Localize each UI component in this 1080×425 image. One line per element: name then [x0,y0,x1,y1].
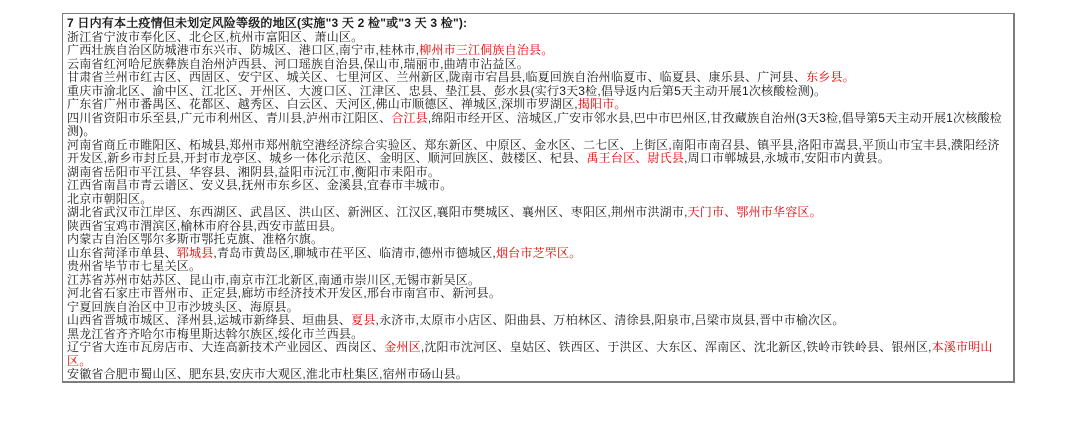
region-line: 天津市红桥区。 [67,382,1009,384]
flagged-region-text: 禹王台区、尉氏县 [586,151,684,165]
flagged-region-text: 夏县 [351,313,375,327]
region-line: 北京市朝阳区。 [67,193,1009,207]
region-text: 重庆市渝北区、渝中区、江北区、开州区、大渡口区、江津区、忠县、垫江县、彭水县(实… [67,84,826,98]
region-line: 江苏省苏州市姑苏区、昆山市,南京市江北新区,南通市崇川区,无锡市新吴区。 [67,274,1009,288]
region-text: ,沈阳市沈河区、皇姑区、铁西区、于洪区、大东区、浑南区、沈北新区,铁岭市铁岭县、… [421,340,932,354]
region-text: 安徽省合肥市蜀山区、肥东县,安庆市大观区,淮北市杜集区,宿州市砀山县。 [67,367,468,381]
flagged-region-text: 烟台市芝罘区。 [496,246,581,260]
text-frame: 7 日内有本土疫情但未划定风险等级的地区(实施"3 天 2 检"或"3 天 3 … [62,13,1015,383]
document-page: 7 日内有本土疫情但未划定风险等级的地区(实施"3 天 2 检"或"3 天 3 … [0,0,1080,425]
region-line: 山东省菏泽市单县、郓城县,青岛市黄岛区,聊城市茌平区、临清市,德州市德城区,烟台… [67,247,1009,261]
region-line: 重庆市渝北区、渝中区、江北区、开州区、大渡口区、江津区、忠县、垫江县、彭水县(实… [67,85,1009,99]
region-line: 广西壮族自治区防城港市东兴市、防城区、港口区,南宁市,桂林市,柳州市三江侗族自治… [67,44,1009,58]
region-text: 甘肃省兰州市红古区、西固区、安宁区、城关区、七里河区、兰州新区,陇南市宕昌县,临… [67,70,806,84]
region-line: 贵州省毕节市七星关区。 [67,260,1009,274]
flagged-region-text: 揭阳市。 [578,97,627,111]
region-text: 云南省红河哈尼族彝族自治州泸西县、河口瑶族自治县,保山市,瑞丽市,曲靖市沾益区。 [67,57,529,71]
region-text: 四川省资阳市乐至县,广元市利州区、青川县,泸州市江阳区、 [67,111,391,125]
region-text: 河北省石家庄市晋州市、正定县,廊坊市经济技术开发区,邢台市南宫市、新河县。 [67,286,501,300]
region-text: 北京市朝阳区。 [67,192,152,206]
region-list: 浙江省宁波市奉化区、北仑区,杭州市富阳区、萧山区。广西壮族自治区防城港市东兴市、… [67,31,1009,384]
region-text: 宁夏回族自治区中卫市沙坡头区、海原县。 [67,300,299,314]
region-text: 广西壮族自治区防城港市东兴市、防城区、港口区,南宁市,桂林市, [67,43,419,57]
region-line: 安徽省合肥市蜀山区、肥东县,安庆市大观区,淮北市杜集区,宿州市砀山县。 [67,368,1009,382]
region-text: 陕西省宝鸡市渭滨区,榆林市府谷县,西安市蓝田县。 [67,219,342,233]
region-text: 辽宁省大连市瓦房店市、大连高新技术产业园区、西岗区、 [67,340,384,354]
flagged-region-text: 合江县 [391,111,428,125]
region-line: 湖北省武汉市江岸区、东西湖区、武昌区、洪山区、新洲区、江汉区,襄阳市樊城区、襄州… [67,206,1009,220]
region-line: 湖南省岳阳市平江县、华容县、湘阴县,益阳市沅江市,衡阳市耒阳市。 [67,166,1009,180]
flagged-region-text: 金州区 [384,340,421,354]
flagged-region-text: 天门市、鄂州市华容区。 [688,205,822,219]
region-text: ,青岛市黄岛区,聊城市茌平区、临清市,德州市德城区, [213,246,496,260]
region-line: 内蒙古自治区鄂尔多斯市鄂托克旗、准格尔旗。 [67,233,1009,247]
region-text: 浙江省宁波市奉化区、北仑区,杭州市富阳区、萧山区。 [67,30,363,44]
region-text: 内蒙古自治区鄂尔多斯市鄂托克旗、准格尔旗。 [67,232,323,246]
region-text: 天津市红桥区。 [67,381,152,384]
region-text: 湖南省岳阳市平江县、华容县、湘阴县,益阳市沅江市,衡阳市耒阳市。 [67,165,440,179]
region-line: 甘肃省兰州市红古区、西固区、安宁区、城关区、七里河区、兰州新区,陇南市宕昌县,临… [67,71,1009,85]
region-text: 贵州省毕节市七星关区。 [67,259,201,273]
region-text: 山东省菏泽市单县、 [67,246,177,260]
document-title: 7 日内有本土疫情但未划定风险等级的地区(实施"3 天 2 检"或"3 天 3 … [67,17,1009,31]
region-line: 河北省石家庄市晋州市、正定县,廊坊市经济技术开发区,邢台市南宫市、新河县。 [67,287,1009,301]
region-line: 浙江省宁波市奉化区、北仑区,杭州市富阳区、萧山区。 [67,31,1009,45]
region-line: 黑龙江省齐齐哈尔市梅里斯达斡尔族区,绥化市兰西县。 [67,328,1009,342]
flagged-region-text: 柳州市三江侗族自治县。 [419,43,553,57]
region-line: 江西省南昌市青云谱区、安义县,抚州市东乡区、金溪县,宜春市丰城市。 [67,179,1009,193]
region-line: 四川省资阳市乐至县,广元市利州区、青川县,泸州市江阳区、合江县,绵阳市经开区、涪… [67,112,1009,139]
flagged-region-text: 东乡县。 [806,70,855,84]
region-text: 广东省广州市番禺区、花都区、越秀区、白云区、天河区,佛山市顺德区、禅城区,深圳市… [67,97,578,111]
flagged-region-text: 郓城县 [177,246,214,260]
region-text: 黑龙江省齐齐哈尔市梅里斯达斡尔族区,绥化市兰西县。 [67,327,363,341]
region-line: 陕西省宝鸡市渭滨区,榆林市府谷县,西安市蓝田县。 [67,220,1009,234]
region-line: 山西省晋城市城区、泽州县,运城市新绛县、垣曲县、夏县,永济市,太原市小店区、阳曲… [67,314,1009,328]
region-line: 河南省商丘市睢阳区、柘城县,郑州市郑州航空港经济综合实验区、郑东新区、中原区、金… [67,139,1009,166]
region-line: 辽宁省大连市瓦房店市、大连高新技术产业园区、西岗区、金州区,沈阳市沈河区、皇姑区… [67,341,1009,368]
region-line: 广东省广州市番禺区、花都区、越秀区、白云区、天河区,佛山市顺德区、禅城区,深圳市… [67,98,1009,112]
region-text: 江西省南昌市青云谱区、安义县,抚州市东乡区、金溪县,宜春市丰城市。 [67,178,452,192]
region-text: ,永济市,太原市小店区、阳曲县、万柏林区、清徐县,阳泉市,吕梁市岚县,晋中市榆次… [376,313,845,327]
region-text: 湖北省武汉市江岸区、东西湖区、武昌区、洪山区、新洲区、江汉区,襄阳市樊城区、襄州… [67,205,688,219]
region-text: 山西省晋城市城区、泽州县,运城市新绛县、垣曲县、 [67,313,351,327]
region-line: 云南省红河哈尼族彝族自治州泸西县、河口瑶族自治县,保山市,瑞丽市,曲靖市沾益区。 [67,58,1009,72]
region-line: 宁夏回族自治区中卫市沙坡头区、海原县。 [67,301,1009,315]
region-text: 江苏省苏州市姑苏区、昆山市,南京市江北新区,南通市崇川区,无锡市新吴区。 [67,273,480,287]
region-text: ,周口市郸城县,永城市,安阳市内黄县。 [684,151,890,165]
